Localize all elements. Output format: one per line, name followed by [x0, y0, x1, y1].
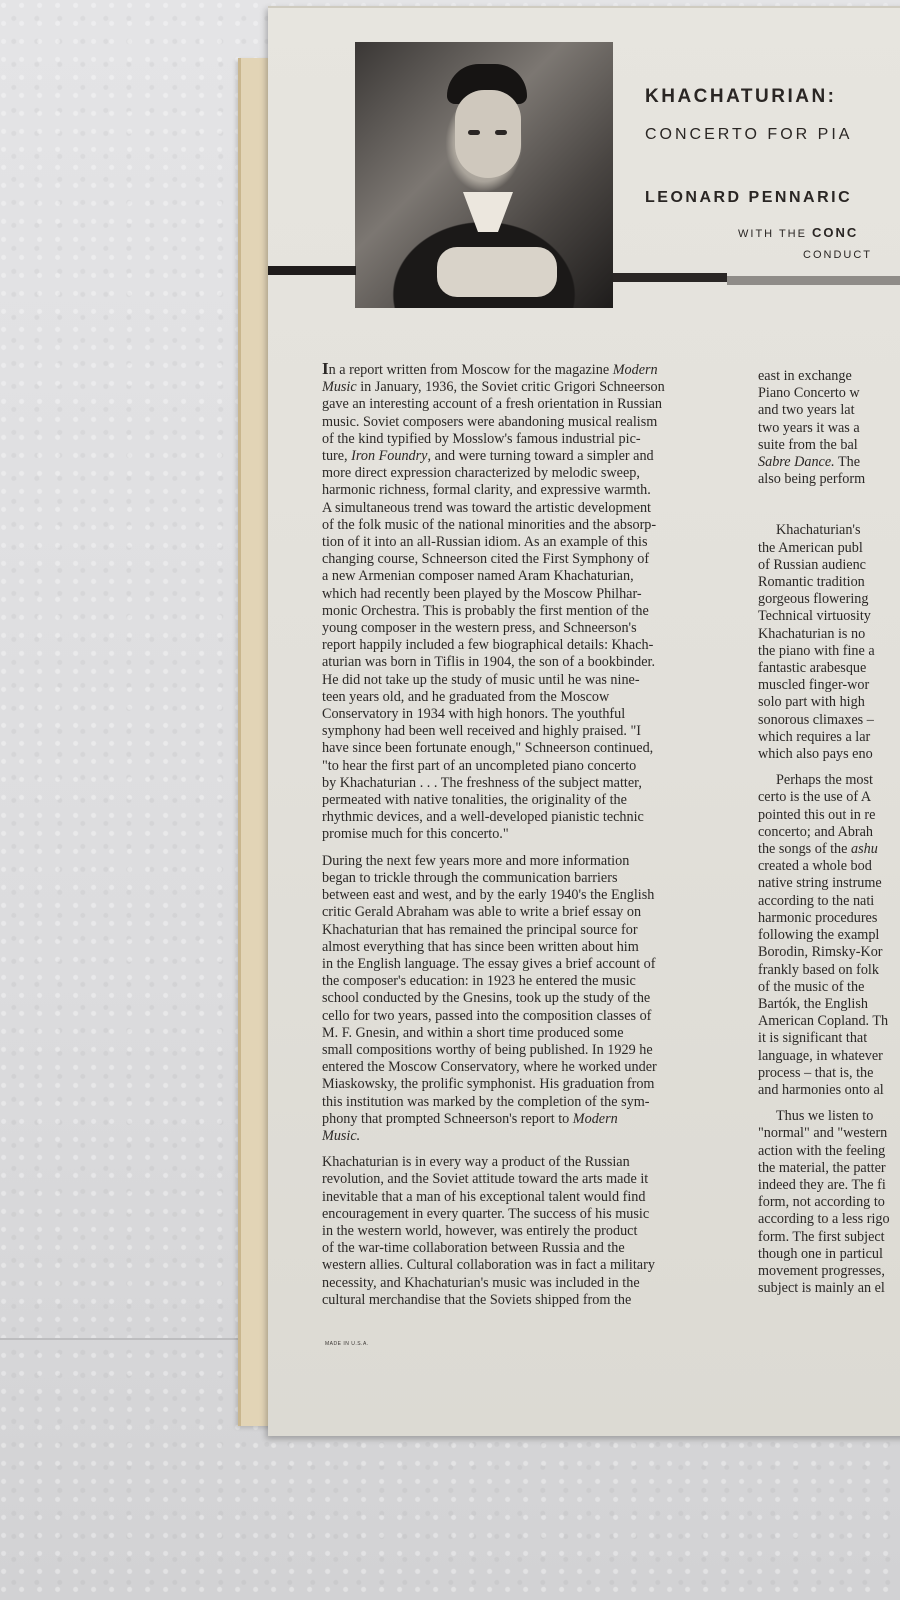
text-line: it is significant that — [758, 1030, 900, 1047]
text-line: report happily included a few biographic… — [322, 637, 720, 654]
text-line: in the English language. The essay gives… — [322, 956, 720, 973]
text-line: harmonic richness, formal clarity, and e… — [322, 482, 720, 499]
text-line: Music. — [322, 1128, 720, 1145]
text-line: rhythmic devices, and a well-developed p… — [322, 809, 720, 826]
right-block-2: Khachaturian'sthe American publof Russia… — [758, 522, 900, 763]
text-line: During the next few years more and more … — [322, 853, 720, 870]
work-title: CONCERTO FOR PIA — [645, 126, 852, 144]
text-line: process – that is, the — [758, 1065, 900, 1082]
text-line: Music in January, 1936, the Soviet criti… — [322, 379, 720, 396]
text-line: Khachaturian is in every way a product o… — [322, 1154, 720, 1171]
text-line: Romantic tradition — [758, 574, 900, 591]
text-line: the American publ — [758, 540, 900, 557]
text-line: phony that prompted Schneerson's report … — [322, 1111, 720, 1128]
text-line: cultural merchandise that the Soviets sh… — [322, 1292, 720, 1309]
paragraph-2: During the next few years more and more … — [322, 853, 720, 1145]
text-line: pointed this out in re — [758, 807, 900, 824]
text-line: form. The first subject — [758, 1229, 900, 1246]
text-line: which had recently been played by the Mo… — [322, 586, 720, 603]
drop-cap: I — [322, 359, 329, 378]
portrait-eye — [495, 130, 507, 135]
text-line: of Russian audienc — [758, 557, 900, 574]
text-line: and harmonies onto al — [758, 1082, 900, 1099]
text-line: of the kind typified by Mosslow's famous… — [322, 431, 720, 448]
composer-title: KHACHATURIAN: — [645, 86, 837, 108]
text-line: certo is the use of A — [758, 789, 900, 806]
column-gap — [758, 1099, 900, 1108]
liner-notes-left-column: In a report written from Moscow for the … — [322, 360, 720, 1318]
text-line: which also pays eno — [758, 746, 900, 763]
text-line: according to a less rigo — [758, 1211, 900, 1228]
header-rule-right-dark — [613, 273, 727, 282]
text-line: the songs of the ashu — [758, 841, 900, 858]
text-line: suite from the bal — [758, 437, 900, 454]
right-block-1: east in exchangePiano Concerto wand two … — [758, 368, 900, 488]
text-line: form, not according to — [758, 1194, 900, 1211]
text-line: Perhaps the most — [758, 772, 900, 789]
text-line: ture, Iron Foundry, and were turning tow… — [322, 448, 720, 465]
text-line: and two years lat — [758, 402, 900, 419]
text-line: Khachaturian that has remained the princ… — [322, 922, 720, 939]
text-line: tion of it into an all-Russian idiom. As… — [322, 534, 720, 551]
text-line: native string instrume — [758, 875, 900, 892]
text-line: Miaskowsky, the prolific symphonist. His… — [322, 1076, 720, 1093]
text-line: according to the nati — [758, 893, 900, 910]
ensemble-name: CONC — [812, 225, 858, 240]
text-line: young composer in the western press, and… — [322, 620, 720, 637]
text-line: fantastic arabesque — [758, 660, 900, 677]
right-block-3: Perhaps the mostcerto is the use of Apoi… — [758, 772, 900, 1099]
text-line: Sabre Dance. The — [758, 454, 900, 471]
text-line: frankly based on folk — [758, 962, 900, 979]
column-gap — [758, 488, 900, 522]
text-line: of the music of the — [758, 979, 900, 996]
text-line: harmonic procedures — [758, 910, 900, 927]
text-line: the piano with fine a — [758, 643, 900, 660]
soloist-portrait-photo — [355, 42, 613, 308]
text-line: sonorous climaxes – — [758, 712, 900, 729]
text-line: teen years old, and he graduated from th… — [322, 689, 720, 706]
text-line: Bartók, the English — [758, 996, 900, 1013]
column-gap — [758, 763, 900, 772]
text-line: Khachaturian's — [758, 522, 900, 539]
text-line: M. F. Gnesin, and within a short time pr… — [322, 1025, 720, 1042]
text-line: of the folk music of the national minori… — [322, 517, 720, 534]
text-line: east in exchange — [758, 368, 900, 385]
with-prefix: WITH THE — [738, 228, 812, 240]
text-line: subject is mainly an el — [758, 1280, 900, 1297]
text-line: aturian was born in Tiflis in 1904, the … — [322, 654, 720, 671]
text-line: more direct expression characterized by … — [322, 465, 720, 482]
text-line: language, in whatever — [758, 1048, 900, 1065]
made-in-usa-label: MADE IN U.S.A. — [325, 1341, 369, 1347]
text-line: gorgeous flowering — [758, 591, 900, 608]
text-line: a new Armenian composer named Aram Khach… — [322, 568, 720, 585]
text-line: encouragement in every quarter. The succ… — [322, 1206, 720, 1223]
text-line: promise much for this concerto." — [322, 826, 720, 843]
text-line: between east and west, and by the early … — [322, 887, 720, 904]
text-line: by Khachaturian . . . The freshness of t… — [322, 775, 720, 792]
header-rule-left — [268, 266, 356, 275]
text-line: In a report written from Moscow for the … — [322, 360, 720, 379]
text-line: gave an interesting account of a fresh o… — [322, 396, 720, 413]
text-line: permeated with native tonalities, the or… — [322, 792, 720, 809]
text-line: He did not take up the study of music un… — [322, 672, 720, 689]
text-line: this institution was marked by the compl… — [322, 1094, 720, 1111]
text-line: symphony had been well received and high… — [322, 723, 720, 740]
text-line: solo part with high — [758, 694, 900, 711]
text-line: have since been fortunate enough," Schne… — [322, 740, 720, 757]
text-line: necessity, and Khachaturian's music was … — [322, 1275, 720, 1292]
surface-edge-line — [0, 1338, 260, 1340]
text-line: Borodin, Rimsky-Kor — [758, 944, 900, 961]
text-line: small compositions worthy of being publi… — [322, 1042, 720, 1059]
text-line: indeed they are. The fi — [758, 1177, 900, 1194]
portrait-hands — [437, 247, 557, 297]
text-line: movement progresses, — [758, 1263, 900, 1280]
text-line: music. Soviet composers were abandoning … — [322, 414, 720, 431]
text-line: created a whole bod — [758, 858, 900, 875]
text-line: in the western world, however, was entir… — [322, 1223, 720, 1240]
text-line: the composer's education: in 1923 he ent… — [322, 973, 720, 990]
ensemble-line: WITH THE CONC — [738, 225, 858, 240]
text-line: inevitable that a man of his exceptional… — [322, 1189, 720, 1206]
text-line: revolution, and the Soviet attitude towa… — [322, 1171, 720, 1188]
paragraph-1: In a report written from Moscow for the … — [322, 360, 720, 844]
text-line: critic Gerald Abraham was able to write … — [322, 904, 720, 921]
portrait-collar — [463, 192, 513, 232]
text-line: which requires a lar — [758, 729, 900, 746]
soloist-name: LEONARD PENNARIC — [645, 189, 852, 207]
text-line: of the war-time collaboration between Ru… — [322, 1240, 720, 1257]
text-line: Khachaturian is no — [758, 626, 900, 643]
text-line: muscled finger-wor — [758, 677, 900, 694]
text-line: also being perform — [758, 471, 900, 488]
text-line: the material, the patter — [758, 1160, 900, 1177]
text-line: monic Orchestra. This is probably the fi… — [322, 603, 720, 620]
text-line: following the exampl — [758, 927, 900, 944]
text-line: entered the Moscow Conservatory, where h… — [322, 1059, 720, 1076]
text-line: action with the feeling — [758, 1143, 900, 1160]
liner-notes-right-column: east in exchangePiano Concerto wand two … — [758, 368, 900, 1297]
portrait-eye — [468, 130, 480, 135]
text-line: began to trickle through the communicati… — [322, 870, 720, 887]
text-line: Conservatory in 1934 with high honors. T… — [322, 706, 720, 723]
text-line: concerto; and Abrah — [758, 824, 900, 841]
text-line: though one in particul — [758, 1246, 900, 1263]
text-line: "normal" and "western — [758, 1125, 900, 1142]
paragraph-3: Khachaturian is in every way a product o… — [322, 1154, 720, 1309]
text-line: Technical virtuosity — [758, 608, 900, 625]
text-line: two years it was a — [758, 420, 900, 437]
text-line: American Copland. Th — [758, 1013, 900, 1030]
text-line: school conducted by the Gnesins, took up… — [322, 990, 720, 1007]
text-line: Piano Concerto w — [758, 385, 900, 402]
text-line: changing course, Schneerson cited the Fi… — [322, 551, 720, 568]
portrait-face — [455, 90, 521, 178]
text-line: western allies. Cultural collaboration w… — [322, 1257, 720, 1274]
text-line: cello for two years, passed into the com… — [322, 1008, 720, 1025]
text-line: "to hear the first part of an uncomplete… — [322, 758, 720, 775]
text-line: Thus we listen to — [758, 1108, 900, 1125]
conductor-line: CONDUCT — [803, 249, 872, 261]
text-line: A simultaneous trend was toward the arti… — [322, 500, 720, 517]
text-line: almost everything that has since been wr… — [322, 939, 720, 956]
header-rule-right-grey — [727, 276, 900, 285]
right-block-4: Thus we listen to"normal" and "westernac… — [758, 1108, 900, 1297]
